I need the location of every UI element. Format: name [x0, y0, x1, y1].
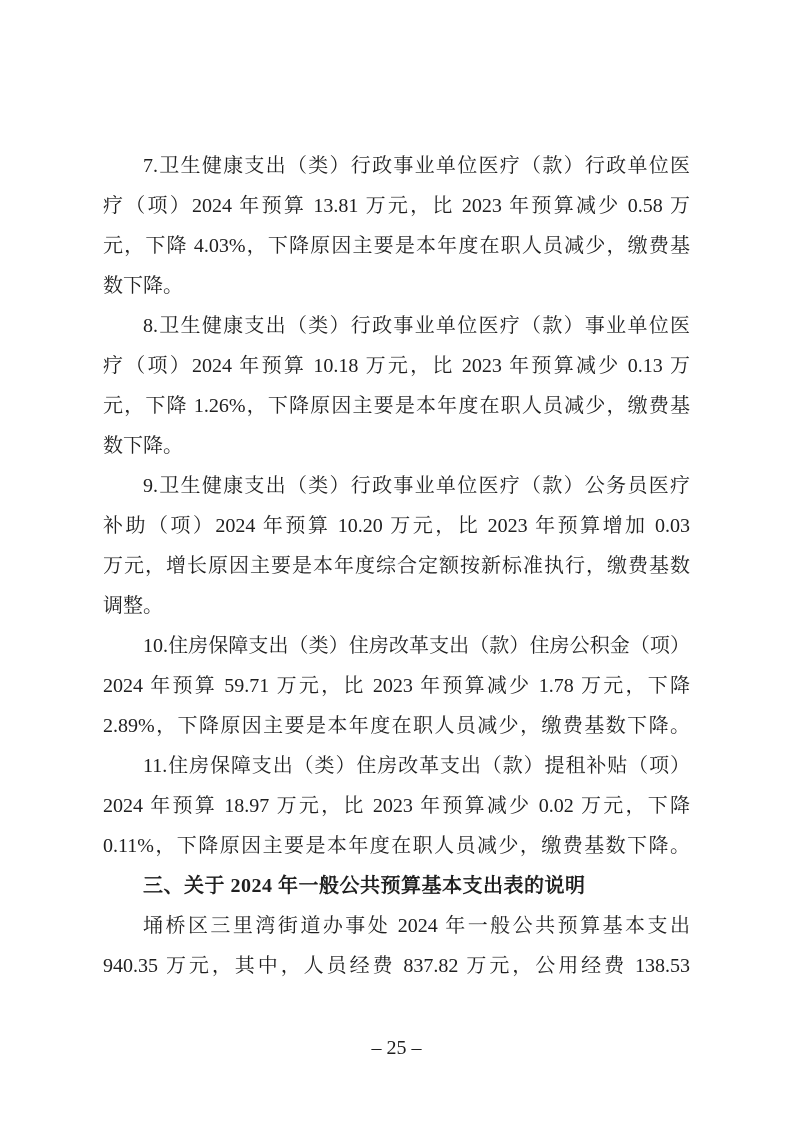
budget-item-paragraph-11: 11.住房保障支出（类）住房改革支出（款）提租补贴（项） 2024 年预算 18… — [103, 746, 690, 866]
text-line: 埇桥区三里湾街道办事处 2024 年一般公共预算基本支出 — [103, 906, 690, 946]
text-line: 元，下降 1.26%，下降原因主要是本年度在职人员减少，缴费基 — [103, 386, 690, 426]
document-content: 7.卫生健康支出（类）行政事业单位医疗（款）行政单位医 疗（项）2024 年预算… — [103, 146, 690, 986]
text-line: 数下降。 — [103, 266, 690, 306]
text-line: 2.89%，下降原因主要是本年度在职人员减少，缴费基数下降。 — [103, 706, 690, 746]
text-line: 940.35 万元，其中，人员经费 837.82 万元，公用经费 138.53 — [103, 946, 690, 986]
text-line: 9.卫生健康支出（类）行政事业单位医疗（款）公务员医疗 — [103, 466, 690, 506]
page-number: – 25 – — [372, 1037, 422, 1059]
text-line: 10.住房保障支出（类）住房改革支出（款）住房公积金（项） — [103, 626, 690, 666]
basic-expenditure-paragraph: 埇桥区三里湾街道办事处 2024 年一般公共预算基本支出 940.35 万元，其… — [103, 906, 690, 986]
text-line: 元，下降 4.03%，下降原因主要是本年度在职人员减少，缴费基 — [103, 226, 690, 266]
text-line: 8.卫生健康支出（类）行政事业单位医疗（款）事业单位医 — [103, 306, 690, 346]
text-line: 疗（项）2024 年预算 13.81 万元，比 2023 年预算减少 0.58 … — [103, 186, 690, 226]
text-line: 补助（项）2024 年预算 10.20 万元，比 2023 年预算增加 0.03 — [103, 506, 690, 546]
text-line: 7.卫生健康支出（类）行政事业单位医疗（款）行政单位医 — [103, 146, 690, 186]
text-line: 疗（项）2024 年预算 10.18 万元，比 2023 年预算减少 0.13 … — [103, 346, 690, 386]
text-line: 2024 年预算 59.71 万元，比 2023 年预算减少 1.78 万元，下… — [103, 666, 690, 706]
budget-item-paragraph-10: 10.住房保障支出（类）住房改革支出（款）住房公积金（项） 2024 年预算 5… — [103, 626, 690, 746]
text-line: 11.住房保障支出（类）住房改革支出（款）提租补贴（项） — [103, 746, 690, 786]
budget-item-paragraph-7: 7.卫生健康支出（类）行政事业单位医疗（款）行政单位医 疗（项）2024 年预算… — [103, 146, 690, 306]
page-footer: – 25 – — [0, 1028, 793, 1068]
text-line: 2024 年预算 18.97 万元，比 2023 年预算减少 0.02 万元，下… — [103, 786, 690, 826]
section-heading-basic-expenditure: 三、关于 2024 年一般公共预算基本支出表的说明 — [103, 866, 690, 906]
text-line: 万元，增长原因主要是本年度综合定额按新标准执行，缴费基数 — [103, 546, 690, 586]
document-page: 7.卫生健康支出（类）行政事业单位医疗（款）行政单位医 疗（项）2024 年预算… — [0, 0, 793, 1122]
text-line: 调整。 — [103, 586, 690, 626]
text-line: 数下降。 — [103, 426, 690, 466]
heading-text-line: 三、关于 2024 年一般公共预算基本支出表的说明 — [103, 866, 690, 906]
budget-item-paragraph-9: 9.卫生健康支出（类）行政事业单位医疗（款）公务员医疗 补助（项）2024 年预… — [103, 466, 690, 626]
budget-item-paragraph-8: 8.卫生健康支出（类）行政事业单位医疗（款）事业单位医 疗（项）2024 年预算… — [103, 306, 690, 466]
text-line: 0.11%，下降原因主要是本年度在职人员减少，缴费基数下降。 — [103, 826, 690, 866]
